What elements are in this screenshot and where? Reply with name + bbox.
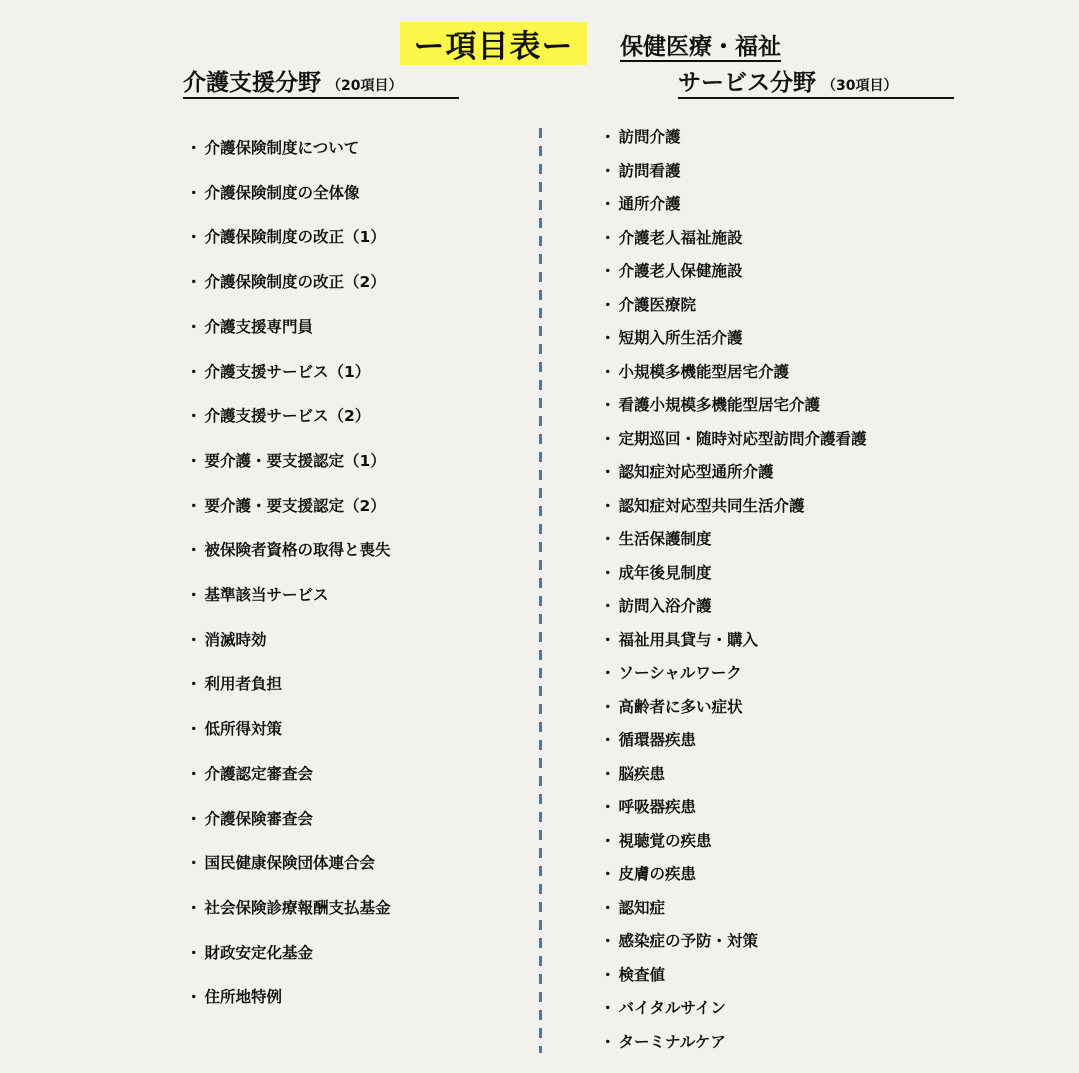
list-item: ・福祉用具貸与・購入	[600, 630, 758, 650]
list-item-label: 訪問看護	[619, 162, 681, 180]
right-column-heading-line1: 保健医療・福祉	[620, 34, 781, 62]
bullet-icon: ・	[600, 932, 616, 950]
list-item-label: 皮膚の疾患	[619, 865, 697, 883]
list-item-label: 被保険者資格の取得と喪失	[205, 541, 391, 559]
bullet-icon: ・	[186, 899, 202, 917]
bullet-icon: ・	[600, 229, 616, 247]
list-item: ・看護小規模多機能型居宅介護	[600, 395, 820, 415]
list-item: ・介護医療院	[600, 295, 696, 315]
bullet-icon: ・	[186, 452, 202, 470]
list-item: ・バイタルサイン	[600, 998, 726, 1018]
bullet-icon: ・	[600, 564, 616, 582]
bullet-icon: ・	[186, 541, 202, 559]
list-item: ・訪問看護	[600, 161, 681, 181]
list-item-label: 介護老人保健施設	[619, 262, 743, 280]
bullet-icon: ・	[600, 1033, 616, 1051]
list-item: ・介護保険制度の全体像	[186, 183, 360, 203]
bullet-icon: ・	[600, 798, 616, 816]
list-item: ・介護老人保健施設	[600, 261, 743, 281]
list-item: ・要介護・要支援認定（1）	[186, 451, 386, 471]
bullet-icon: ・	[186, 318, 202, 336]
list-item-label: 消滅時効	[205, 631, 267, 649]
list-item: ・介護保険制度について	[186, 138, 359, 158]
list-item: ・呼吸器疾患	[600, 797, 696, 817]
bullet-icon: ・	[600, 195, 616, 213]
list-item-label: 介護保険制度の全体像	[205, 184, 360, 202]
list-item: ・介護認定審査会	[186, 764, 313, 784]
bullet-icon: ・	[600, 765, 616, 783]
bullet-icon: ・	[186, 944, 202, 962]
list-item: ・国民健康保険団体連合会	[186, 853, 375, 873]
list-item-label: 看護小規模多機能型居宅介護	[619, 396, 821, 414]
list-item: ・短期入所生活介護	[600, 328, 743, 348]
list-item: ・利用者負担	[186, 674, 282, 694]
list-item-label: 介護支援サービス（1）	[205, 363, 371, 381]
list-item-label: ソーシャルワーク	[619, 664, 742, 682]
list-item-label: 社会保険診療報酬支払基金	[205, 899, 391, 917]
list-item: ・認知症対応型通所介護	[600, 462, 774, 482]
bullet-icon: ・	[600, 530, 616, 548]
list-item: ・介護保険制度の改正（1）	[186, 227, 386, 247]
list-item-label: 通所介護	[619, 195, 681, 213]
bullet-icon: ・	[186, 407, 202, 425]
list-item-label: 要介護・要支援認定（1）	[205, 452, 386, 470]
list-item-label: 介護認定審査会	[205, 765, 314, 783]
list-item-label: 介護医療院	[619, 296, 697, 314]
list-item: ・通所介護	[600, 194, 681, 214]
list-item-label: 検査値	[619, 966, 666, 984]
list-item: ・介護支援専門員	[186, 317, 313, 337]
list-item-label: 財政安定化基金	[205, 944, 314, 962]
bullet-icon: ・	[186, 497, 202, 515]
bullet-icon: ・	[186, 184, 202, 202]
bullet-icon: ・	[600, 430, 616, 448]
bullet-icon: ・	[186, 988, 202, 1006]
list-item-label: 認知症	[619, 899, 666, 917]
list-item-label: 介護支援サービス（2）	[205, 407, 371, 425]
bullet-icon: ・	[600, 966, 616, 984]
list-item: ・低所得対策	[186, 719, 282, 739]
bullet-icon: ・	[600, 363, 616, 381]
list-item: ・ソーシャルワーク	[600, 663, 742, 683]
list-item-label: 介護保険制度の改正（1）	[205, 228, 386, 246]
list-item: ・成年後見制度	[600, 563, 712, 583]
list-item-label: 呼吸器疾患	[619, 798, 697, 816]
list-item: ・訪問入浴介護	[600, 596, 712, 616]
bullet-icon: ・	[186, 586, 202, 604]
list-item: ・高齢者に多い症状	[600, 697, 743, 717]
list-item: ・住所地特例	[186, 987, 282, 1007]
bullet-icon: ・	[600, 899, 616, 917]
list-item: ・消滅時効	[186, 630, 267, 650]
list-item-label: 循環器疾患	[619, 731, 697, 749]
list-item-label: 成年後見制度	[619, 564, 712, 582]
list-item: ・介護老人福祉施設	[600, 228, 743, 248]
list-item-label: 介護保険制度の改正（2）	[205, 273, 386, 291]
right-heading-count: （30項目）	[822, 78, 897, 94]
bullet-icon: ・	[186, 631, 202, 649]
list-item: ・検査値	[600, 965, 665, 985]
list-item-label: 利用者負担	[205, 675, 283, 693]
list-item: ・脳疾患	[600, 764, 665, 784]
list-item-label: 訪問介護	[619, 128, 681, 146]
bullet-icon: ・	[186, 720, 202, 738]
column-divider-dashed-line	[539, 128, 542, 1053]
bullet-icon: ・	[186, 810, 202, 828]
bullet-icon: ・	[186, 854, 202, 872]
list-item: ・皮膚の疾患	[600, 864, 696, 884]
bullet-icon: ・	[186, 675, 202, 693]
list-item-label: 低所得対策	[205, 720, 283, 738]
bullet-icon: ・	[600, 296, 616, 314]
list-item: ・要介護・要支援認定（2）	[186, 496, 386, 516]
bullet-icon: ・	[600, 128, 616, 146]
list-item-label: 介護老人福祉施設	[619, 229, 743, 247]
bullet-icon: ・	[600, 597, 616, 615]
list-item-label: 住所地特例	[205, 988, 283, 1006]
bullet-icon: ・	[600, 329, 616, 347]
list-item: ・介護保険制度の改正（2）	[186, 272, 386, 292]
bullet-icon: ・	[186, 363, 202, 381]
list-item-label: 高齢者に多い症状	[619, 698, 743, 716]
list-item-label: 介護保険制度について	[205, 139, 360, 157]
list-item-label: 要介護・要支援認定（2）	[205, 497, 386, 515]
list-item-label: バイタルサイン	[619, 999, 726, 1017]
list-item-label: 認知症対応型共同生活介護	[619, 497, 805, 515]
bullet-icon: ・	[600, 731, 616, 749]
bullet-icon: ・	[600, 262, 616, 280]
bullet-icon: ・	[600, 396, 616, 414]
list-item-label: 訪問入浴介護	[619, 597, 712, 615]
list-item: ・ターミナルケア	[600, 1032, 726, 1052]
left-heading-count: （20項目）	[327, 78, 402, 94]
list-item: ・認知症対応型共同生活介護	[600, 496, 805, 516]
bullet-icon: ・	[186, 228, 202, 246]
list-item: ・認知症	[600, 898, 665, 918]
list-item: ・定期巡回・随時対応型訪問介護看護	[600, 429, 867, 449]
bullet-icon: ・	[186, 765, 202, 783]
bullet-icon: ・	[600, 497, 616, 515]
bullet-icon: ・	[186, 139, 202, 157]
right-heading-label-line1: 保健医療・福祉	[620, 34, 781, 60]
list-item: ・訪問介護	[600, 127, 681, 147]
list-item-label: 福祉用具貸与・購入	[619, 631, 759, 649]
list-item-label: 認知症対応型通所介護	[619, 463, 774, 481]
left-heading-label: 介護支援分野	[183, 70, 321, 96]
list-item: ・小規模多機能型居宅介護	[600, 362, 789, 382]
list-item-label: 介護支援専門員	[205, 318, 314, 336]
bullet-icon: ・	[186, 273, 202, 291]
right-column-heading-line2: サービス分野（30項目）	[678, 70, 954, 99]
list-item-label: 国民健康保険団体連合会	[205, 854, 376, 872]
list-item: ・社会保険診療報酬支払基金	[186, 898, 391, 918]
list-item: ・介護支援サービス（1）	[186, 362, 370, 382]
list-item: ・視聴覚の疾患	[600, 831, 712, 851]
list-item-label: 短期入所生活介護	[619, 329, 743, 347]
list-item: ・循環器疾患	[600, 730, 696, 750]
list-item-label: 介護保険審査会	[205, 810, 314, 828]
page-title: ー項目表ー	[400, 22, 587, 65]
list-item-label: 定期巡回・随時対応型訪問介護看護	[619, 430, 867, 448]
list-item: ・介護支援サービス（2）	[186, 406, 370, 426]
list-item: ・生活保護制度	[600, 529, 712, 549]
list-item-label: 感染症の予防・対策	[619, 932, 759, 950]
bullet-icon: ・	[600, 463, 616, 481]
list-item: ・介護保険審査会	[186, 809, 313, 829]
bullet-icon: ・	[600, 832, 616, 850]
left-column-heading: 介護支援分野（20項目）	[183, 70, 459, 99]
list-item: ・被保険者資格の取得と喪失	[186, 540, 391, 560]
list-item: ・感染症の予防・対策	[600, 931, 758, 951]
list-item-label: 視聴覚の疾患	[619, 832, 712, 850]
list-item: ・基準該当サービス	[186, 585, 329, 605]
bullet-icon: ・	[600, 865, 616, 883]
bullet-icon: ・	[600, 999, 616, 1017]
list-item-label: 生活保護制度	[619, 530, 712, 548]
bullet-icon: ・	[600, 631, 616, 649]
list-item-label: 脳疾患	[619, 765, 666, 783]
list-item-label: 基準該当サービス	[205, 586, 329, 604]
list-item-label: 小規模多機能型居宅介護	[619, 363, 790, 381]
bullet-icon: ・	[600, 162, 616, 180]
right-heading-label-line2: サービス分野	[678, 70, 816, 96]
page-title-text: ー項目表ー	[414, 21, 574, 66]
list-item: ・財政安定化基金	[186, 943, 313, 963]
bullet-icon: ・	[600, 698, 616, 716]
list-item-label: ターミナルケア	[619, 1033, 726, 1051]
bullet-icon: ・	[600, 664, 616, 682]
